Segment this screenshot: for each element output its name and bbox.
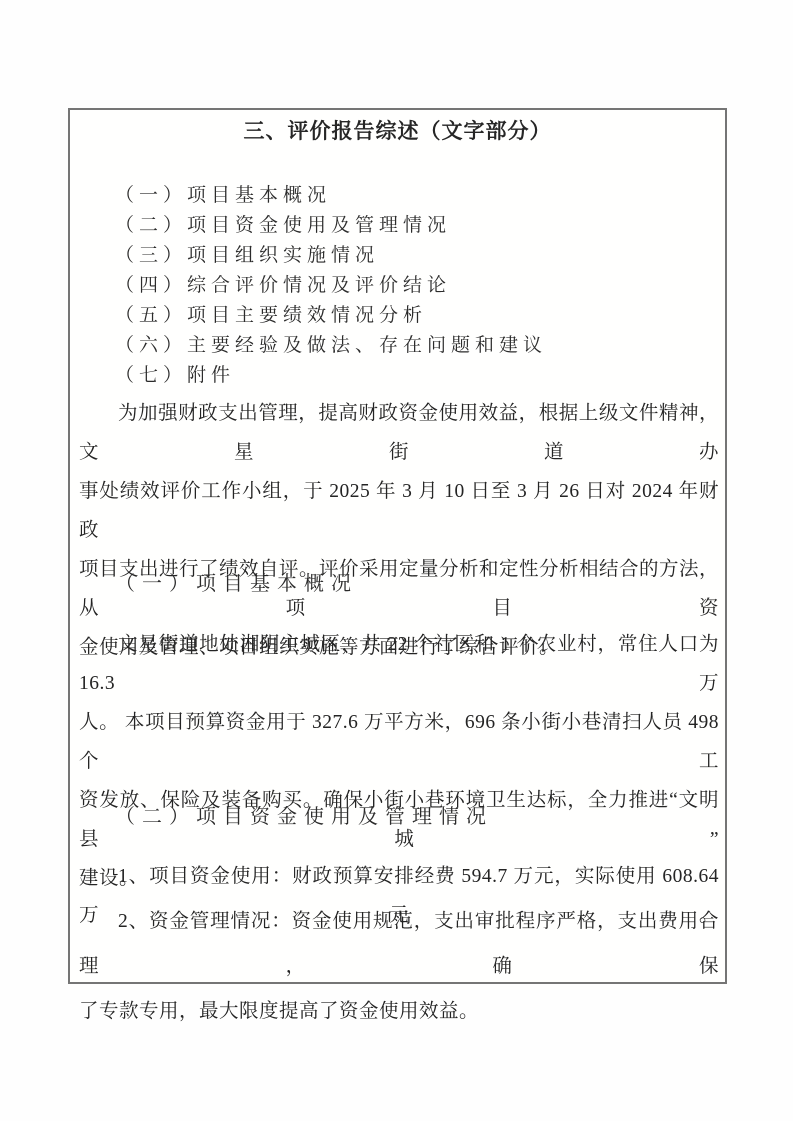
paragraph-line: 事处绩效评价工作小组，于 2025 年 3 月 10 日至 3 月 26 日对 … — [79, 472, 719, 550]
toc-item: （三）项目组织实施情况 — [115, 241, 716, 271]
toc-item: （四）综合评价情况及评价结论 — [115, 271, 716, 301]
toc-item: （二）项目资金使用及管理情况 — [115, 211, 716, 241]
fund-management-paragraph: 2、资金管理情况：资金使用规范，支出审批程序严格，支出费用合理，确保 了专款专用… — [79, 899, 719, 1034]
paragraph-line: 人。 本项目预算资金用于 327.6 万平方米，696 条小街小巷清扫人员 49… — [79, 703, 719, 781]
paragraph-line: 文星街道地处湘阴主城区，共 22 个社区和 1 个农业村，常住人口为 16.3 … — [79, 625, 719, 703]
toc-list: （一）项目基本概况 （二）项目资金使用及管理情况 （三）项目组织实施情况 （四）… — [115, 181, 716, 391]
paragraph-line: 了专款专用，最大限度提高了资金使用效益。 — [79, 989, 719, 1034]
section1-heading: （一）项目基本概况 — [115, 570, 358, 598]
section2-heading: （二）项目资金使用及管理情况 — [115, 803, 493, 831]
scanned-document-page: 三、评价报告综述（文字部分） （一）项目基本概况 （二）项目资金使用及管理情况 … — [0, 0, 793, 1121]
toc-item: （五）项目主要绩效情况分析 — [115, 301, 716, 331]
report-frame: 三、评价报告综述（文字部分） （一）项目基本概况 （二）项目资金使用及管理情况 … — [68, 108, 727, 984]
paragraph-line: 为加强财政支出管理，提高财政资金使用效益，根据上级文件精神，文星街道办 — [79, 394, 719, 472]
toc-item: （七）附件 — [115, 361, 716, 391]
toc-item: （一）项目基本概况 — [115, 181, 716, 211]
toc-item: （六）主要经验及做法、存在问题和建议 — [115, 331, 716, 361]
paragraph-line: 2、资金管理情况：资金使用规范，支出审批程序严格，支出费用合理，确保 — [79, 899, 719, 989]
report-title: 三、评价报告综述（文字部分） — [70, 118, 725, 144]
